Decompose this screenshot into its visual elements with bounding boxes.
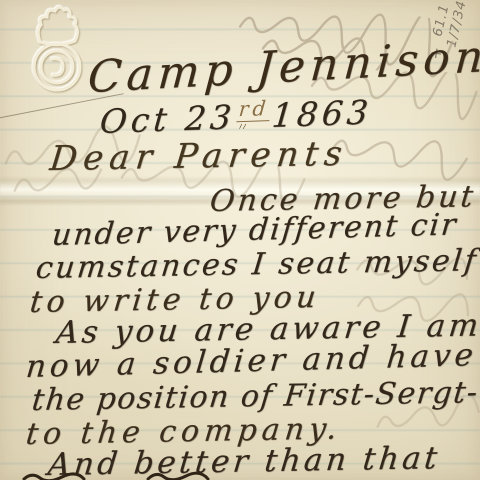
letter-scan-page: 61.1 1/7/34 + Camp Jennison Oct 23rd1863… — [0, 0, 480, 480]
letter-date-line: Oct 23rd1863 — [99, 95, 372, 138]
letter-salutation: Dear Parents — [50, 137, 348, 176]
date-ordinal-superscript: rd — [237, 96, 272, 122]
date-year: 1863 — [270, 92, 373, 135]
body-line: cumstances I seat myself — [36, 246, 478, 284]
letter-date-text: Oct 23rd1863 — [99, 94, 374, 138]
embossed-seal-icon — [14, 4, 98, 108]
body-line: the position of First-Sergt- — [32, 378, 479, 416]
date-day: Oct 23 — [98, 97, 237, 141]
cutoff-line-strokes — [18, 470, 318, 480]
